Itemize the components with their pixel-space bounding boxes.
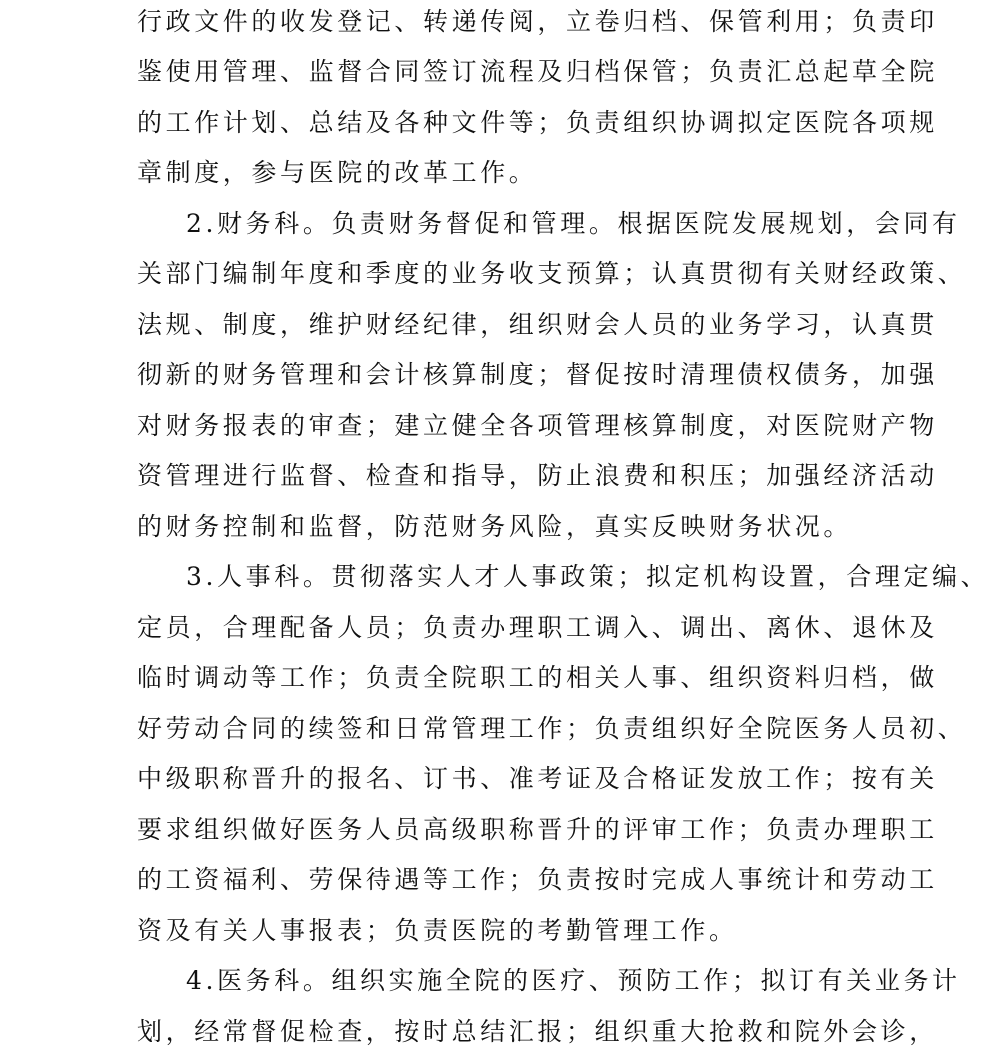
text-line: 的工作计划、总结及各种文件等；负责组织协调拟定医院各项规: [137, 103, 897, 143]
text-line: 临时调动等工作；负责全院职工的相关人事、组织资料归档，做: [137, 658, 897, 698]
text-line: 资及有关人事报表；负责医院的考勤管理工作。: [137, 911, 897, 951]
text-line: 的工资福利、劳保待遇等工作；负责按时完成人事统计和劳动工: [137, 860, 897, 900]
section-heading-line: 3.人事科。贯彻落实人才人事政策；拟定机构设置，合理定编、: [186, 557, 897, 597]
text-line: 定员，合理配备人员；负责办理职工调入、调出、离休、退休及: [137, 608, 897, 648]
text-line: 的财务控制和监督，防范财务风险，真实反映财务状况。: [137, 507, 897, 547]
text-line: 要求组织做好医务人员高级职称晋升的评审工作；负责办理职工: [137, 810, 897, 850]
text-line: 对财务报表的审查；建立健全各项管理核算制度，对医院财产物: [137, 406, 897, 446]
section-heading-line: 4.医务科。组织实施全院的医疗、预防工作；拟订有关业务计: [186, 961, 897, 1001]
text-line: 关部门编制年度和季度的业务收支预算；认真贯彻有关财经政策、: [137, 254, 897, 294]
text-line: 彻新的财务管理和会计核算制度；督促按时清理债权债务，加强: [137, 355, 897, 395]
text-line: 中级职称晋升的报名、订书、准考证及合格证发放工作；按有关: [137, 759, 897, 799]
text-line: 资管理进行监督、检查和指导，防止浪费和积压；加强经济活动: [137, 456, 897, 496]
section-heading-line: 2.财务科。负责财务督促和管理。根据医院发展规划，会同有: [186, 204, 897, 244]
text-line: 鉴使用管理、监督合同签订流程及归档保管；负责汇总起草全院: [137, 52, 897, 92]
document-page: 行政文件的收发登记、转递传阅，立卷归档、保管利用；负责印 鉴使用管理、监督合同签…: [0, 0, 1000, 1053]
text-line: 章制度，参与医院的改革工作。: [137, 153, 897, 193]
text-line: 法规、制度，维护财经纪律，组织财会人员的业务学习，认真贯: [137, 305, 897, 345]
text-line: 行政文件的收发登记、转递传阅，立卷归档、保管利用；负责印: [137, 2, 897, 42]
text-line: 好劳动合同的续签和日常管理工作；负责组织好全院医务人员初、: [137, 709, 897, 749]
text-line: 划，经常督促检查，按时总结汇报；组织重大抢救和院外会诊，: [137, 1012, 897, 1052]
